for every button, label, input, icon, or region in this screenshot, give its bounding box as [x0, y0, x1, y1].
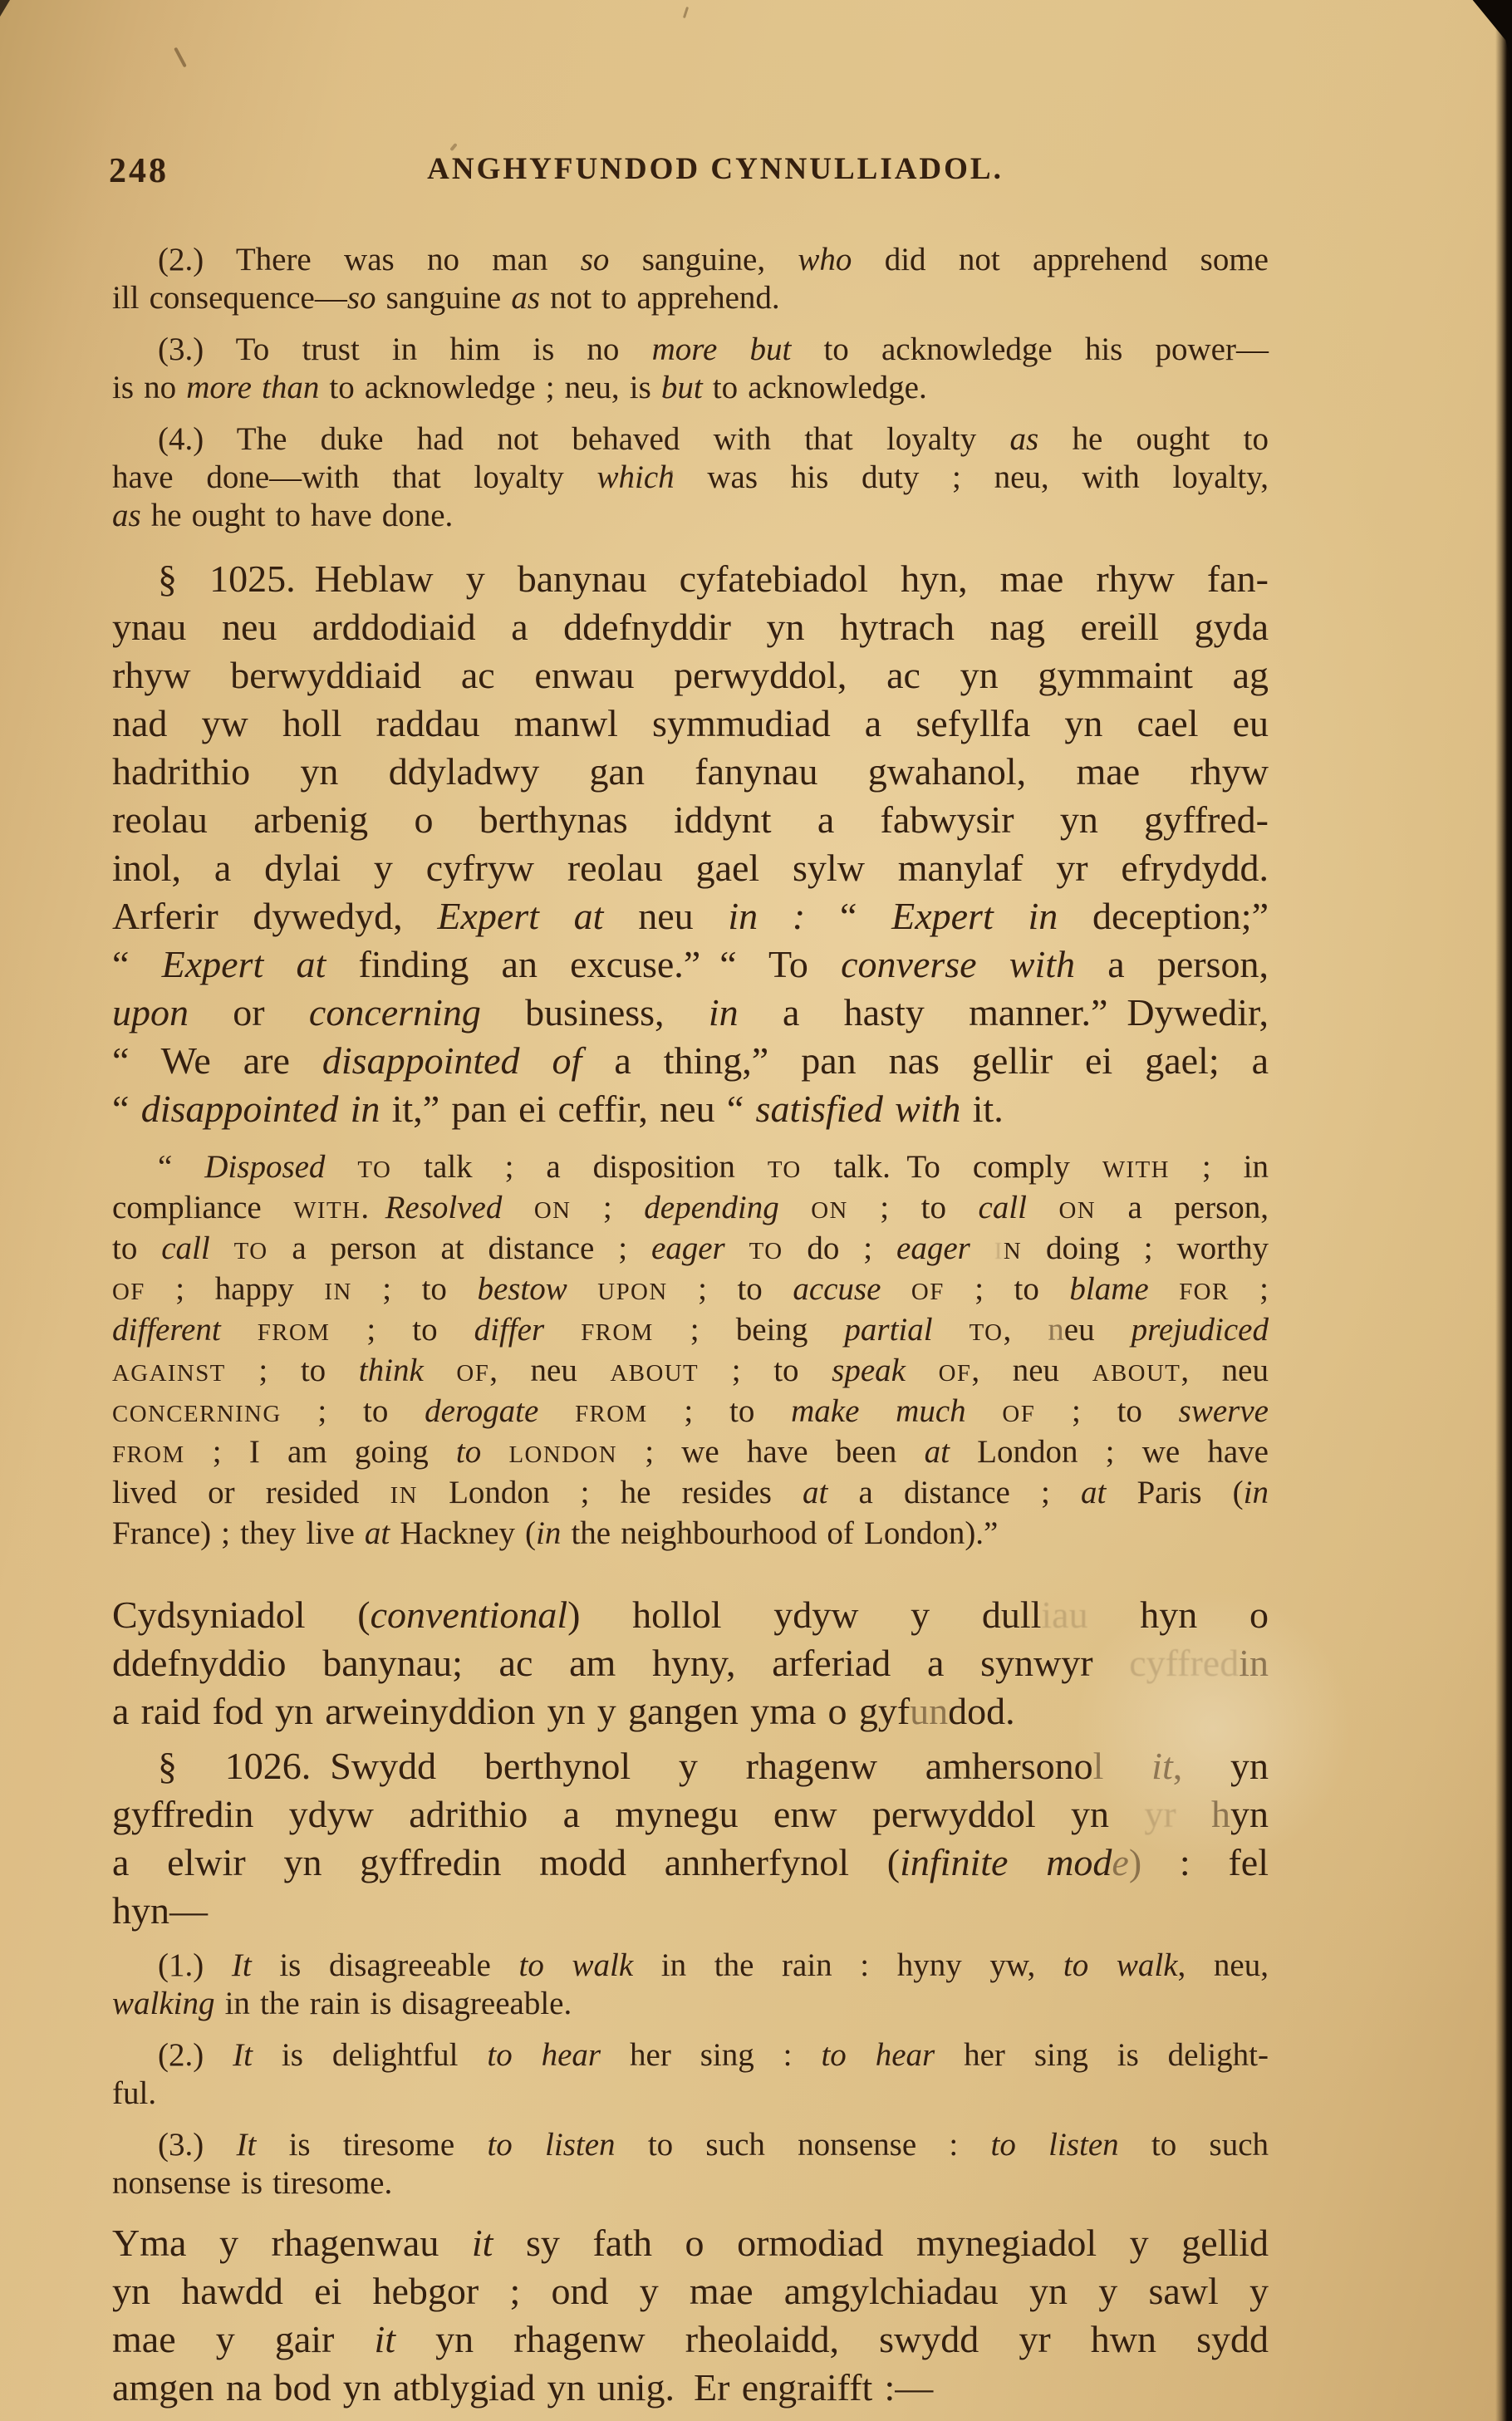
masthead: 248 ANGHYFUNDOD CYNNULLIADOL. — [112, 151, 1269, 194]
text-line: gyffredin ydyw adrithio a mynegu enw per… — [112, 1790, 1269, 1839]
text-line: (2.) It is delightful to hear her sing :… — [112, 2036, 1269, 2075]
text-line: a raid fod yn arweinyddion yn y gangen y… — [112, 1687, 1269, 1736]
text-line: hyn— — [112, 1887, 1269, 1935]
text-line: Arferir dywedyd, Expert at neu in : “ Ex… — [112, 892, 1269, 940]
text-line: amgen na bod yn atblygiad yn unig. Er en… — [112, 2364, 1269, 2412]
text-line: (1.) It is disagreeable to walk in the r… — [112, 1947, 1269, 1985]
text-line: (3.) It is tiresome to listen to such no… — [112, 2126, 1269, 2164]
paragraph-1026: § 1026. Swydd berthynol y rhagenw amhers… — [112, 1742, 1269, 1935]
text-line: “ Expert at finding an excuse.” “ To con… — [112, 940, 1269, 989]
text-line: hadrithio yn ddyladwy gan fanynau gwahan… — [112, 748, 1269, 796]
text-line: nonsense is tiresome. — [112, 2164, 1269, 2202]
paper-fiber — [670, 470, 673, 475]
text-line: rhyw berwyddiaid ac enwau perwyddol, ac … — [112, 651, 1269, 700]
paper-fiber — [449, 143, 457, 151]
paper-fiber — [174, 47, 187, 68]
paragraph-it-3: (3.) It is tiresome to listen to such no… — [112, 2126, 1269, 2202]
text-line: CONCERNING ; to derogate FROM ; to make … — [112, 1392, 1269, 1433]
text-line: compliance WITH. Resolved ON ; depending… — [112, 1189, 1269, 1230]
text-line: yn hawdd ei hebgor ; ond y mae amgylchia… — [112, 2267, 1269, 2315]
text-line: Cydsyniadol (conventional) hollol ydyw y… — [112, 1591, 1269, 1639]
paper-fiber — [683, 7, 689, 18]
text-line: upon or concerning business, in a hasty … — [112, 989, 1269, 1037]
text-line: have done—with that loyalty which was hi… — [112, 459, 1269, 497]
paragraph-it-2: (2.) It is delightful to hear her sing :… — [112, 2036, 1269, 2113]
text-line: to call TO a person at distance ; eager … — [112, 1230, 1269, 1270]
paragraph-example-3: (3.) To trust in him is no more but to a… — [112, 331, 1269, 407]
text-line: nad yw holl raddau manwl symmudiad a sef… — [112, 700, 1269, 748]
paragraph-1025: § 1025. Heblaw y banynau cyfatebiadol hy… — [112, 555, 1269, 1133]
paragraph-example-2: (2.) There was no man so sanguine, who d… — [112, 241, 1269, 317]
text-line: AGAINST ; to think OF, neu ABOUT ; to sp… — [112, 1352, 1269, 1392]
text-line: ddefnyddio banynau; ac am hyny, arferiad… — [112, 1639, 1269, 1687]
text-line: different FROM ; to differ FROM ; being … — [112, 1311, 1269, 1352]
text-line: “ Disposed TO talk ; a disposition TO ta… — [112, 1148, 1269, 1189]
text-line: ynau neu arddodiaid a ddefnyddir yn hytr… — [112, 603, 1269, 651]
text-line: § 1025. Heblaw y banynau cyfatebiadol hy… — [112, 555, 1269, 603]
text-line: “ disappointed in it,” pan ei ceffir, ne… — [112, 1085, 1269, 1133]
text-line: ill consequence—so sanguine as not to ap… — [112, 279, 1269, 317]
paragraph-prepositions: “ Disposed TO talk ; a disposition TO ta… — [112, 1148, 1269, 1553]
text-block: 248 ANGHYFUNDOD CYNNULLIADOL. (2.) There… — [112, 151, 1269, 2421]
text-line: walking in the rain is disagreeable. — [112, 1985, 1269, 2023]
text-line: § 1026. Swydd berthynol y rhagenw amhers… — [112, 1742, 1269, 1790]
text-line: OF ; happy IN ; to bestow UPON ; to accu… — [112, 1270, 1269, 1311]
text-line: is no more than to acknowledge ; neu, is… — [112, 369, 1269, 407]
text-line: (4.) The duke had not behaved with that … — [112, 420, 1269, 459]
text-line: lived or resided IN London ; he resides … — [112, 1474, 1269, 1515]
running-header: ANGHYFUNDOD CYNNULLIADOL. — [112, 151, 1269, 187]
text-line: “ We are disappointed of a thing,” pan n… — [112, 1037, 1269, 1085]
text-line: a elwir yn gyffredin modd annherfynol (i… — [112, 1839, 1269, 1887]
page-edge-shadow — [1495, 0, 1512, 2421]
paragraph-example-4: (4.) The duke had not behaved with that … — [112, 420, 1269, 535]
page-number: 248 — [109, 151, 169, 191]
text-line: (2.) There was no man so sanguine, who d… — [112, 241, 1269, 279]
text-line: ful. — [112, 2075, 1269, 2113]
text-line: France) ; they live at Hackney (in the n… — [112, 1515, 1269, 1553]
text-line: FROM ; I am going to LONDON ; we have be… — [112, 1433, 1269, 1474]
text-line: as he ought to have done. — [112, 497, 1269, 535]
text-line: inol, a dylai y cyfryw reolau gael sylw … — [112, 844, 1269, 892]
text-line: mae y gair it yn rhagenw rheolaidd, swyd… — [112, 2315, 1269, 2364]
paragraph-it-1: (1.) It is disagreeable to walk in the r… — [112, 1947, 1269, 2023]
text-line: Yma y rhagenwau it sy fath o ormodiad my… — [112, 2219, 1269, 2267]
dark-corner-top-left — [0, 0, 10, 17]
book-page-scan: 248 ANGHYFUNDOD CYNNULLIADOL. (2.) There… — [0, 0, 1512, 2421]
paragraph-yma: Yma y rhagenwau it sy fath o ormodiad my… — [112, 2219, 1269, 2412]
paragraph-cydsyniadol: Cydsyniadol (conventional) hollol ydyw y… — [112, 1591, 1269, 1736]
text-line: (3.) To trust in him is no more but to a… — [112, 331, 1269, 369]
text-line: reolau arbenig o berthynas iddynt a fabw… — [112, 796, 1269, 844]
